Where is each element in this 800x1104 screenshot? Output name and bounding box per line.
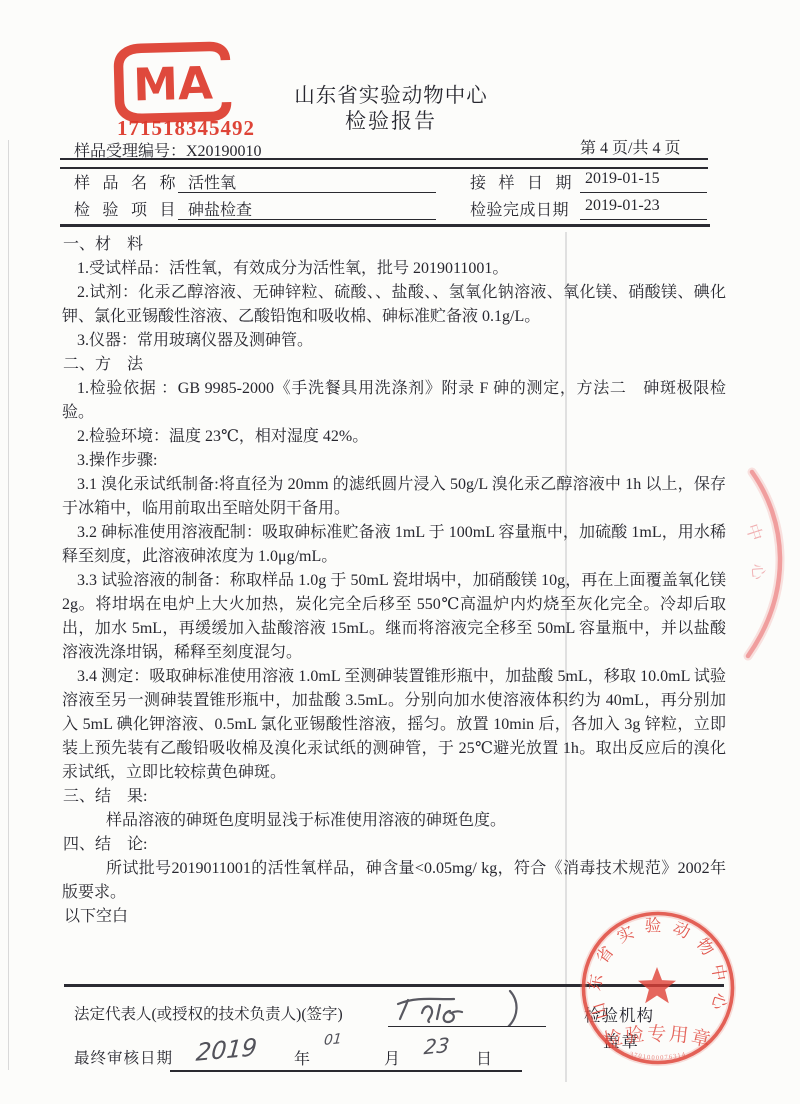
report-title: 检验报告 [276, 105, 506, 135]
receive-date-field: 2019-01-15 [580, 170, 707, 193]
para-step-3-2: 3.2 砷标准使用溶液配制：吸取砷标准贮备液 1mL 于 100mL 容量瓶中，… [62, 521, 726, 569]
para-instruments: 3.仪器：常用玻璃仪器及测砷管。 [62, 329, 726, 353]
org-name-title: 山东省实验动物中心 [276, 78, 506, 108]
stamp-star-icon [638, 967, 676, 1003]
para-step-3-3: 3.3 试验溶液的制备：称取样品 1.0g 于 50mL 瓷坩埚中，加硝酸镁 1… [62, 569, 726, 665]
complete-date-field: 2019-01-23 [580, 197, 707, 220]
para-test-environment: 2.检验环境：温度 23℃，相对湿度 42%。 [62, 425, 726, 449]
section-heading-method: 二、方 法 [62, 353, 726, 377]
para-test-basis: 1.检验依据 ：GB 9985-2000《手洗餐具用洗涤剂》附录 F 砷的测定，… [62, 377, 726, 425]
para-step-3-4: 3.4 测定：吸取砷标准使用溶液 1.0mL 至测砷装置锥形瓶中，加盐酸 5mL… [62, 665, 726, 785]
edge-stamp-char-2: 心 [748, 563, 767, 581]
scanned-report-page: MA 171518345492 山东省实验动物中心 检验报告 样品受理编号：X2… [0, 0, 800, 1104]
para-step-3-1: 3.1 溴化汞试纸制备:将直径为 20mm 的滤纸圆片浸入 50g/L 溴化汞乙… [62, 473, 726, 521]
scan-left-edge-line [8, 140, 9, 1070]
sample-name-label: 样品名称 [74, 170, 188, 193]
section-heading-materials: 一、材 料 [62, 233, 726, 257]
edge-stamp-fragment: 中 心 [690, 460, 798, 665]
header-double-rule [60, 158, 708, 169]
test-item-label: 检验项目 [74, 197, 188, 220]
section-heading-conclusion: 四、结 论: [62, 833, 726, 857]
day-character: 日 [476, 1046, 492, 1069]
test-item-field: 砷盐检查 [178, 197, 436, 220]
edge-stamp-char-1: 中 [742, 521, 765, 543]
sample-name-field: 活性氧 [178, 170, 436, 193]
signature-line [388, 1026, 546, 1027]
test-item-value: 砷盐检查 [178, 202, 252, 219]
sample-name-value: 活性氧 [178, 175, 236, 192]
month-character: 月 [384, 1046, 400, 1069]
handwritten-year: 2019 [195, 1033, 258, 1067]
page-number-info: 第 4 页/共 4 页 [580, 135, 680, 158]
para-reagents: 2.试剂：化汞乙醇溶液、无砷锌粒、硫酸、、盐酸、、氢氧化钠溶液、氧化镁、硝酸镁、… [62, 281, 726, 329]
cma-accreditation-stamp: MA [109, 38, 273, 126]
review-date-line [170, 1070, 522, 1072]
report-body: 一、材 料 1.受试样品：活性氧，有效成分为活性氧，批号 2019011001。… [62, 233, 726, 929]
year-character: 年 [294, 1046, 310, 1069]
official-round-stamp: 山东省实验动物中心 检验专用章 3701000076314 [577, 907, 739, 1069]
section-heading-result: 三、结 果: [62, 785, 726, 809]
final-review-date-label: 最终审核日期 [74, 1046, 173, 1068]
handwritten-month: 01 [323, 1031, 342, 1049]
para-conclusion: 所试批号2019011001的活性氧样品，砷含量<0.05mg/ kg，符合《消… [62, 857, 726, 905]
para-result: 样品溶液的砷斑色度明显浅于标准使用溶液的砷斑色度。 [62, 809, 726, 833]
legal-representative-label: 法定代表人(或授权的技术负责人)(签字) [74, 1002, 343, 1024]
complete-date-value: 2019-01-23 [580, 197, 660, 214]
para-test-sample: 1.受试样品：活性氧，有效成分为活性氧，批号 2019011001。 [62, 257, 726, 281]
receive-date-value: 2019-01-15 [580, 170, 660, 187]
handwritten-day: 23 [423, 1033, 450, 1059]
table-bottom-rule [60, 224, 710, 227]
receive-date-label: 接样日期 [470, 170, 584, 193]
handwritten-signature [392, 988, 542, 1026]
stamp-title-text: 检验专用章 [601, 1023, 715, 1052]
cma-letters: MA [133, 56, 214, 111]
complete-date-label: 检验完成日期 [470, 197, 569, 220]
para-procedure-heading: 3.操作步骤: [62, 449, 726, 473]
